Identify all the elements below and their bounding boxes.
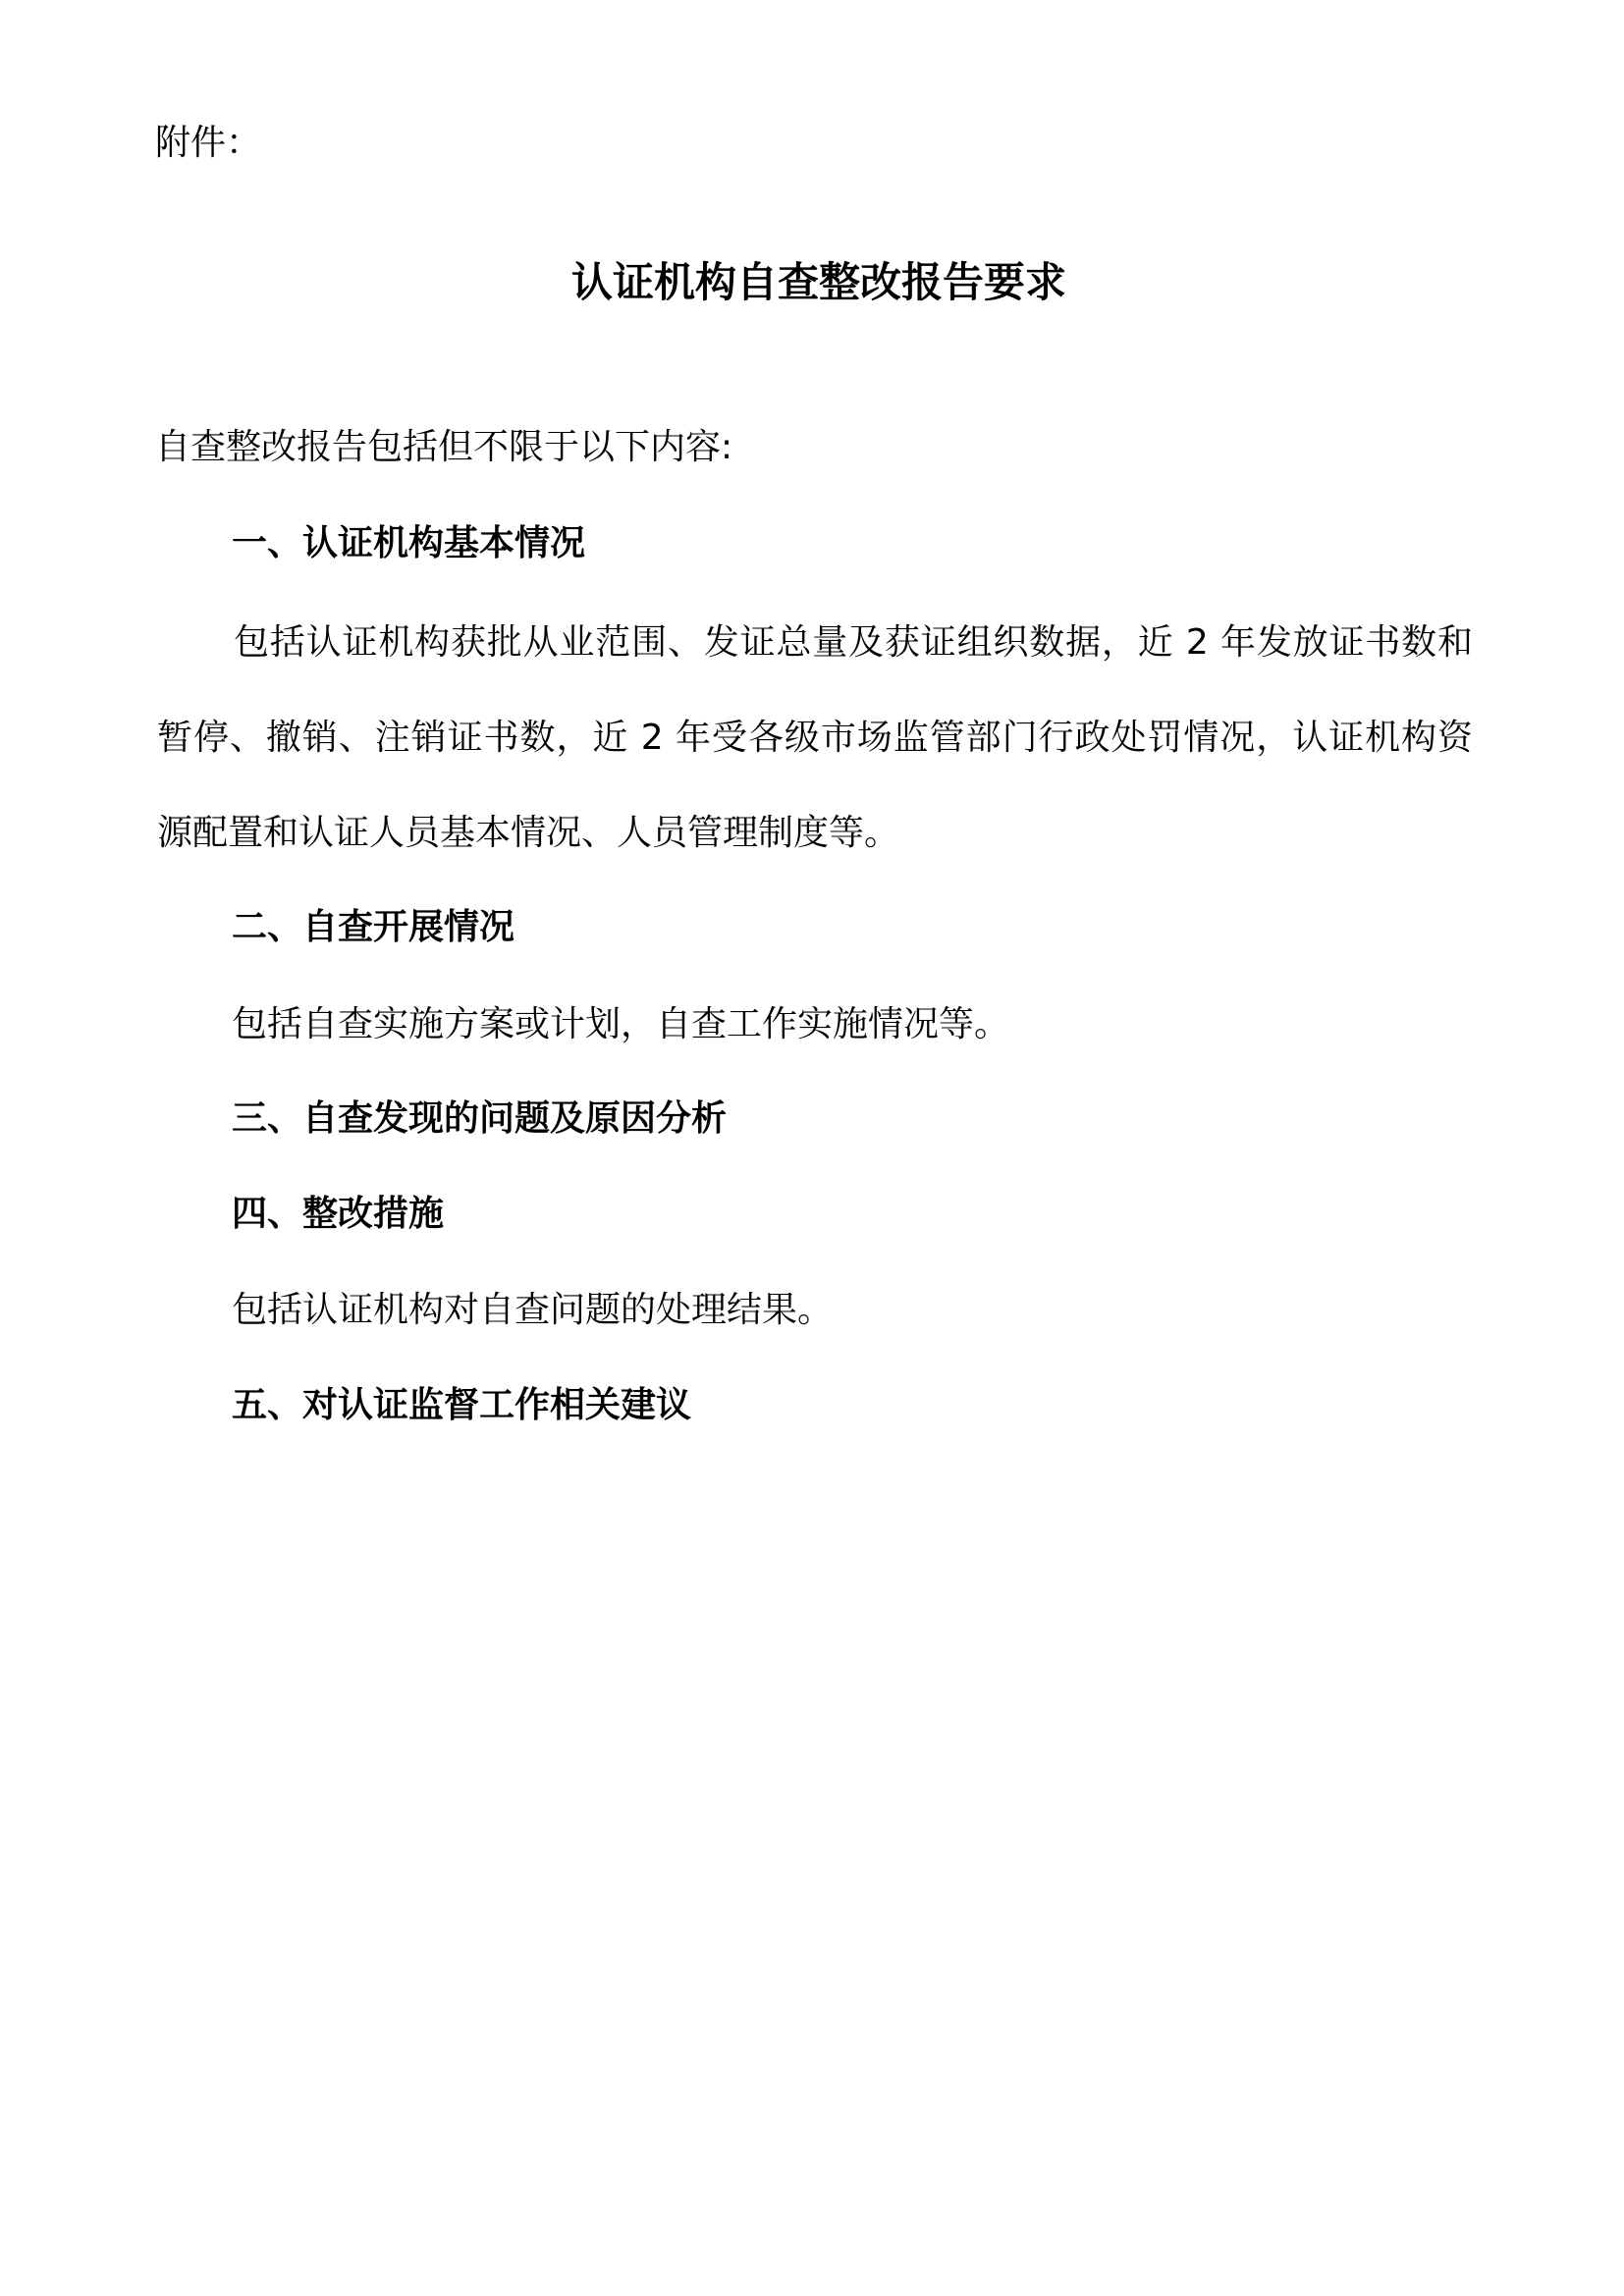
section-body-1: 包括认证机构获批从业范围、发证总量及获证组织数据，近 2 年发放证书数和暂停、撤… (157, 595, 1473, 881)
section-heading-4: 四、整改措施 (232, 1193, 444, 1236)
section-heading-1: 一、认证机构基本情况 (232, 522, 585, 565)
section-heading-3: 三、自查发现的问题及原因分析 (232, 1097, 727, 1141)
intro-text: 自查整改报告包括但不限于以下内容: (155, 426, 732, 469)
section-body-4: 包括认证机构对自查问题的处理结果。 (232, 1289, 833, 1332)
document-title: 认证机构自查整改报告要求 (571, 258, 1066, 307)
attachment-label: 附件： (155, 122, 261, 165)
section-body-2: 包括自查实施方案或计划，自查工作实施情况等。 (232, 1003, 1009, 1046)
section-heading-5: 五、对认证监督工作相关建议 (232, 1384, 691, 1427)
section-heading-2: 二、自查开展情况 (232, 906, 514, 949)
